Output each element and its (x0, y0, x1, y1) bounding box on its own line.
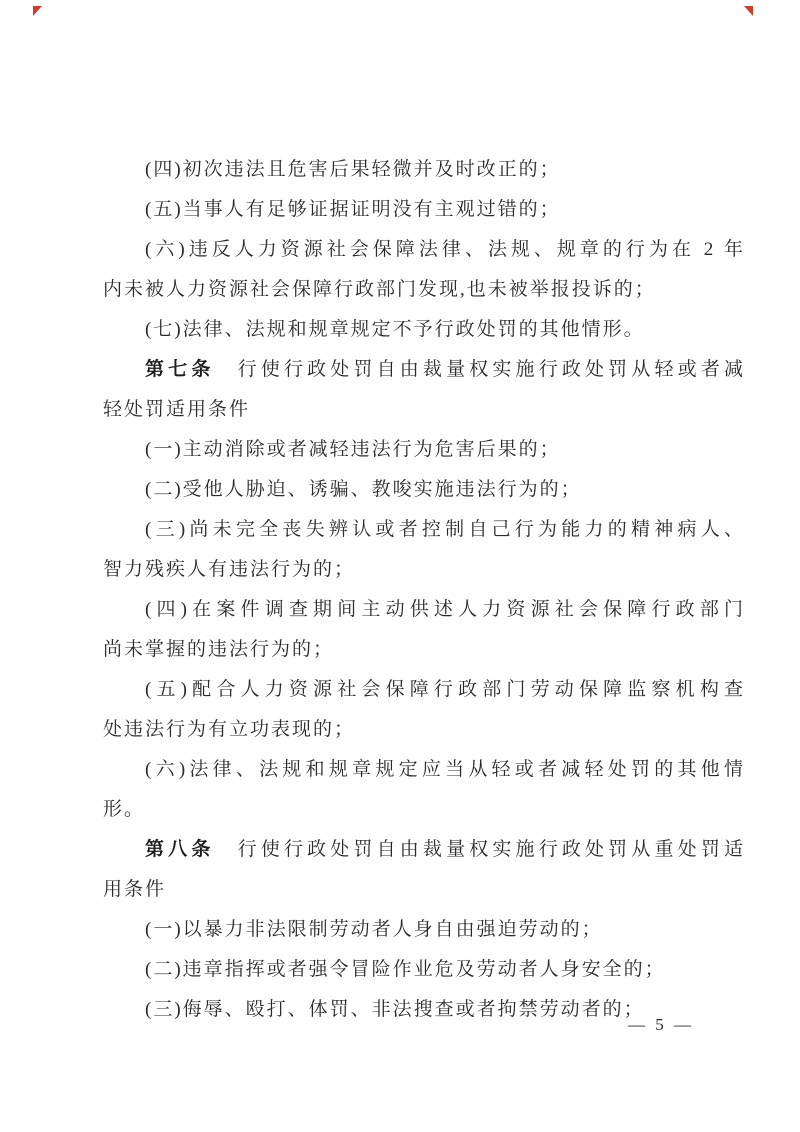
text-line: 尚未掌握的违法行为的； (103, 630, 745, 670)
text-line: 轻处罚适用条件 (103, 390, 745, 430)
text-line: (三)尚未完全丧失辨认或者控制自己行为能力的精神病人、 (103, 510, 745, 550)
text-line: 智力残疾人有违法行为的； (103, 550, 745, 590)
article-heading-text: 行使行政处罚自由裁量权实施行政处罚从轻或者减 (235, 359, 745, 380)
text-line: 处违法行为有立功表现的； (103, 710, 745, 750)
article-number: 第八条 (145, 839, 214, 860)
text-line: (一)主动消除或者减轻违法行为危害后果的； (103, 430, 745, 470)
text-line: 用条件 (103, 870, 745, 910)
text-line: (七)法律、法规和规章规定不予行政处罚的其他情形。 (103, 310, 745, 350)
red-corner-mark-left (33, 6, 42, 16)
article-heading-line: 第八条行使行政处罚自由裁量权实施行政处罚从重处罚适 (103, 830, 745, 870)
article-number: 第七条 (145, 359, 214, 380)
text-line: (五)当事人有足够证据证明没有主观过错的； (103, 190, 745, 230)
text-line: (六)法律、法规和规章规定应当从轻或者减轻处罚的其他情 (103, 750, 745, 790)
text-line: (四)初次违法且危害后果轻微并及时改正的； (103, 150, 745, 190)
text-line: (二)受他人胁迫、诱骗、教唆实施违法行为的； (103, 470, 745, 510)
page-number: — 5 — (626, 1008, 696, 1042)
red-corner-mark-right (744, 6, 753, 16)
article-heading-line: 第七条行使行政处罚自由裁量权实施行政处罚从轻或者减 (103, 350, 745, 390)
document-body: (四)初次违法且危害后果轻微并及时改正的；(五)当事人有足够证据证明没有主观过错… (103, 150, 745, 1030)
text-line: (五)配合人力资源社会保障行政部门劳动保障监察机构查 (103, 670, 745, 710)
article-heading-text: 行使行政处罚自由裁量权实施行政处罚从重处罚适 (235, 839, 745, 860)
text-line: (四)在案件调查期间主动供述人力资源社会保障行政部门 (103, 590, 745, 630)
text-line: 内未被人力资源社会保障行政部门发现,也未被举报投诉的； (103, 270, 745, 310)
text-line: 形。 (103, 790, 745, 830)
document-page: (四)初次违法且危害后果轻微并及时改正的；(五)当事人有足够证据证明没有主观过错… (0, 0, 800, 1132)
text-line: (六)违反人力资源社会保障法律、法规、规章的行为在 2 年 (103, 230, 745, 270)
text-line: (一)以暴力非法限制劳动者人身自由强迫劳动的； (103, 910, 745, 950)
text-line: (二)违章指挥或者强令冒险作业危及劳动者人身安全的； (103, 950, 745, 990)
